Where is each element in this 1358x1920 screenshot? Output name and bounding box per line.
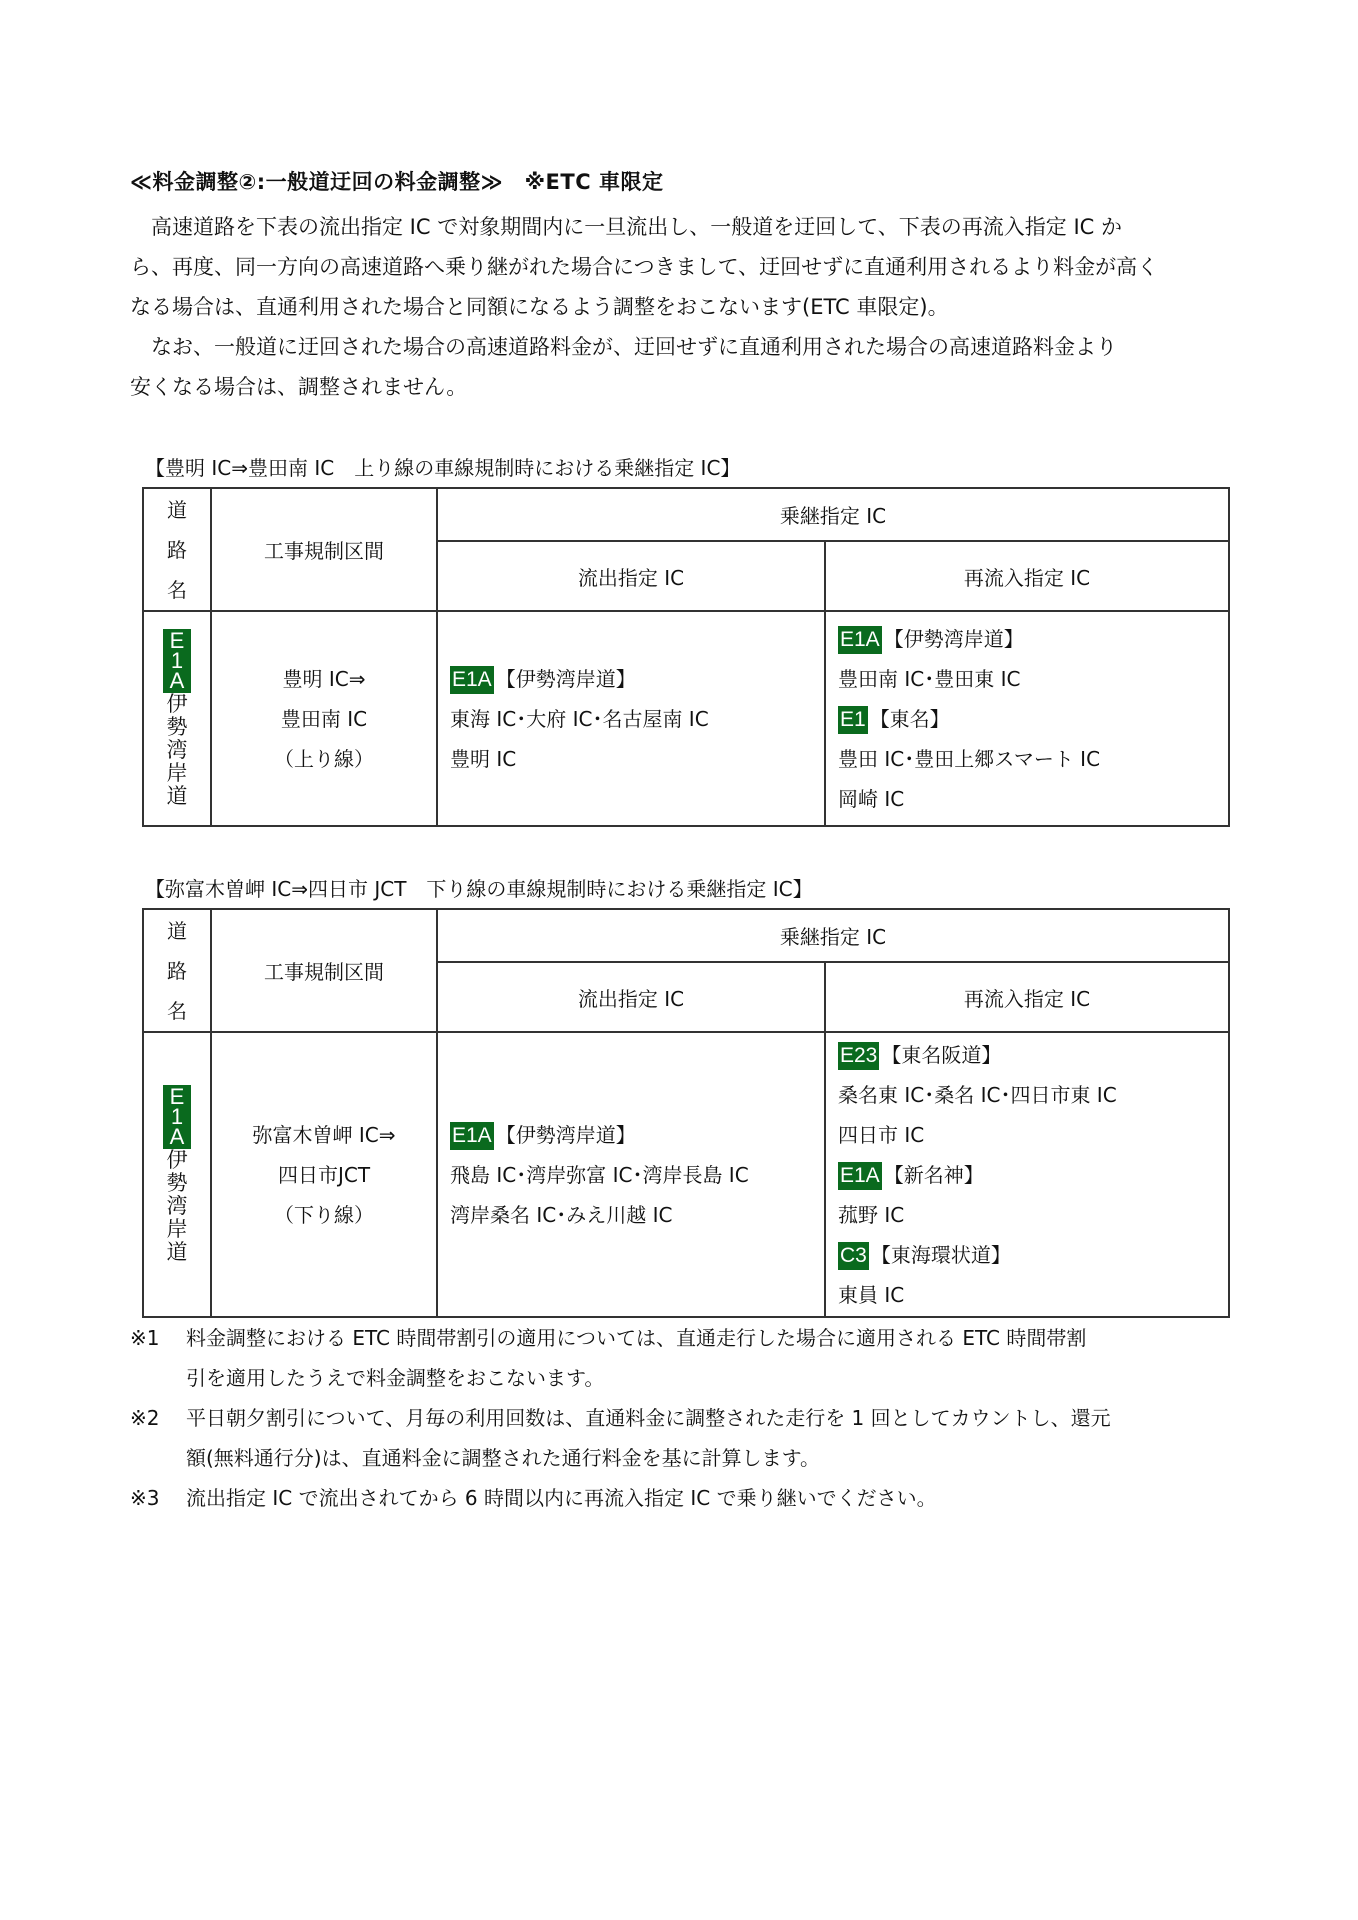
route-name: 【東名】 — [870, 707, 950, 731]
section-line: 豊明 IC⇒ — [212, 659, 436, 699]
note-mark: ※1 — [130, 1318, 186, 1358]
note-mark: ※3 — [130, 1478, 186, 1518]
note-text: 平日朝夕割引について、月毎の利用回数は、直通料金に調整された走行を 1 回として… — [186, 1398, 1111, 1438]
intro-line: ら、再度、同一方向の高速道路へ乗り継がれた場合につきまして、迂回せずに直通利用さ… — [130, 247, 1240, 287]
road-name-vertical: 伊 勢 湾 岸 道 — [167, 693, 188, 808]
road-char: 湾 — [167, 739, 188, 762]
ic-list: 飛島 IC･湾岸弥富 IC･湾岸長島 IC — [450, 1155, 824, 1195]
road-char: 伊 — [167, 1149, 188, 1172]
ic-list: 菰野 IC — [838, 1195, 1228, 1235]
route-heading: E1【東名】 — [838, 699, 1228, 739]
note-item: ※2 平日朝夕割引について、月毎の利用回数は、直通料金に調整された走行を 1 回… — [130, 1398, 1111, 1438]
route-heading: E1A【伊勢湾岸道】 — [450, 659, 824, 699]
route-heading: E23【東名阪道】 — [838, 1035, 1228, 1075]
road-name-vertical: 伊 勢 湾 岸 道 — [167, 1149, 188, 1264]
route-badge: C3 — [838, 1242, 869, 1270]
intro-line: なお、一般道に迂回された場合の高速道路料金が、迂回せずに直通利用された場合の高速… — [130, 327, 1240, 367]
ic-list: 桑名東 IC･桑名 IC･四日市東 IC — [838, 1075, 1228, 1115]
route-heading: C3【東海環状道】 — [838, 1235, 1228, 1275]
section-line: 豊田南 IC — [212, 699, 436, 739]
header-char: 道 — [144, 911, 210, 951]
badge-char: A — [170, 1127, 185, 1147]
road-char: 伊 — [167, 693, 188, 716]
section-title: ≪料金調整②:一般道迂回の料金調整≫ ※ETC 車限定 — [130, 166, 663, 196]
ic-list: 豊田 IC･豊田上郷スマート IC — [838, 739, 1228, 779]
route-heading: E1A【伊勢湾岸道】 — [450, 1115, 824, 1155]
intro-line: 高速道路を下表の流出指定 IC で対象期間内に一旦流出し、一般道を迂回して、下表… — [130, 207, 1240, 247]
note-mark: ※2 — [130, 1398, 186, 1438]
road-char: 勢 — [167, 716, 188, 739]
header-char: 路 — [144, 530, 210, 570]
section-line: 四日市JCT — [212, 1155, 436, 1195]
transfer-ic-table-1: 道 路 名 工事規制区間 乗継指定 IC 流出指定 IC 再流入指定 IC E … — [142, 487, 1230, 827]
road-char: 岸 — [167, 1218, 188, 1241]
section-cell: 弥富木曽岬 IC⇒ 四日市JCT （下り線） — [211, 1032, 437, 1317]
road-char: 道 — [167, 1241, 188, 1264]
exit-ic-cell: E1A【伊勢湾岸道】 飛島 IC･湾岸弥富 IC･湾岸長島 IC 湾岸桑名 IC… — [437, 1032, 825, 1317]
header-reentry-ic: 再流入指定 IC — [825, 541, 1229, 611]
note-item: ※3 流出指定 IC で流出されてから 6 時間以内に再流入指定 IC で乗り継… — [130, 1478, 1111, 1518]
route-name: 【東名阪道】 — [881, 1043, 1001, 1067]
ic-list: 豊明 IC — [450, 739, 824, 779]
road-name-cell: E 1 A 伊 勢 湾 岸 道 — [143, 1032, 211, 1317]
ic-list: 岡崎 IC — [838, 779, 1228, 819]
ic-list: 四日市 IC — [838, 1115, 1228, 1155]
ic-list: 東海 IC･大府 IC･名古屋南 IC — [450, 699, 824, 739]
road-char: 道 — [167, 785, 188, 808]
note-text: 料金調整における ETC 時間帯割引の適用については、直通走行した場合に適用され… — [186, 1318, 1086, 1358]
header-transfer-ic: 乗継指定 IC — [437, 488, 1229, 541]
header-char: 名 — [144, 570, 210, 610]
table-caption-1: 【豊明 IC⇒豊田南 IC 上り線の車線規制時における乗継指定 IC】 — [145, 452, 740, 481]
route-badge: E1A — [838, 626, 882, 654]
road-char: 湾 — [167, 1195, 188, 1218]
intro-line: なる場合は、直通利用された場合と同額になるよう調整をおこないます(ETC 車限定… — [130, 287, 1240, 327]
exit-ic-cell: E1A【伊勢湾岸道】 東海 IC･大府 IC･名古屋南 IC 豊明 IC — [437, 611, 825, 826]
intro-line: 安くなる場合は、調整されません。 — [130, 367, 1240, 407]
header-char: 路 — [144, 951, 210, 991]
note-text: 流出指定 IC で流出されてから 6 時間以内に再流入指定 IC で乗り継いでく… — [186, 1478, 937, 1518]
header-char: 名 — [144, 991, 210, 1031]
route-badge-vertical: E 1 A — [163, 1085, 191, 1149]
road-char: 勢 — [167, 1172, 188, 1195]
intro-paragraph: 高速道路を下表の流出指定 IC で対象期間内に一旦流出し、一般道を迂回して、下表… — [130, 207, 1240, 407]
road-char: 岸 — [167, 762, 188, 785]
route-badge-vertical: E 1 A — [163, 629, 191, 693]
route-heading: E1A【伊勢湾岸道】 — [838, 619, 1228, 659]
header-road-name: 道 路 名 — [143, 909, 211, 1032]
header-char: 道 — [144, 490, 210, 530]
route-name: 【伊勢湾岸道】 — [496, 1123, 636, 1147]
route-badge: E1A — [450, 666, 494, 694]
section-line: （上り線） — [212, 739, 436, 779]
route-badge: E1A — [450, 1122, 494, 1150]
table-caption-2: 【弥富木曽岬 IC⇒四日市 JCT 下り線の車線規制時における乗継指定 IC】 — [145, 873, 813, 902]
route-heading: E1A【新名神】 — [838, 1155, 1228, 1195]
badge-char: A — [170, 671, 185, 691]
route-name: 【東海環状道】 — [871, 1243, 1011, 1267]
route-badge: E23 — [838, 1042, 879, 1070]
route-badge: E1 — [838, 706, 868, 734]
ic-list: 豊田南 IC･豊田東 IC — [838, 659, 1228, 699]
reentry-ic-cell: E1A【伊勢湾岸道】 豊田南 IC･豊田東 IC E1【東名】 豊田 IC･豊田… — [825, 611, 1229, 826]
header-exit-ic: 流出指定 IC — [437, 541, 825, 611]
section-line: 弥富木曽岬 IC⇒ — [212, 1115, 436, 1155]
road-name-cell: E 1 A 伊 勢 湾 岸 道 — [143, 611, 211, 826]
section-line: （下り線） — [212, 1195, 436, 1235]
reentry-ic-cell: E23【東名阪道】 桑名東 IC･桑名 IC･四日市東 IC 四日市 IC E1… — [825, 1032, 1229, 1317]
ic-list: 湾岸桑名 IC･みえ川越 IC — [450, 1195, 824, 1235]
header-section: 工事規制区間 — [211, 488, 437, 611]
notes: ※1 料金調整における ETC 時間帯割引の適用については、直通走行した場合に適… — [130, 1318, 1111, 1518]
transfer-ic-table-2: 道 路 名 工事規制区間 乗継指定 IC 流出指定 IC 再流入指定 IC E … — [142, 908, 1230, 1318]
section-cell: 豊明 IC⇒ 豊田南 IC （上り線） — [211, 611, 437, 826]
route-name: 【新名神】 — [884, 1163, 984, 1187]
header-exit-ic: 流出指定 IC — [437, 962, 825, 1032]
note-text: 額(無料通行分)は、直通料金に調整された通行料金を基に計算します。 — [130, 1438, 1111, 1478]
header-section: 工事規制区間 — [211, 909, 437, 1032]
route-name: 【伊勢湾岸道】 — [884, 627, 1024, 651]
route-badge: E1A — [838, 1162, 882, 1190]
route-name: 【伊勢湾岸道】 — [496, 667, 636, 691]
ic-list: 東員 IC — [838, 1275, 1228, 1315]
header-road-name: 道 路 名 — [143, 488, 211, 611]
note-item: ※1 料金調整における ETC 時間帯割引の適用については、直通走行した場合に適… — [130, 1318, 1111, 1358]
header-transfer-ic: 乗継指定 IC — [437, 909, 1229, 962]
header-reentry-ic: 再流入指定 IC — [825, 962, 1229, 1032]
note-text: 引を適用したうえで料金調整をおこないます。 — [130, 1358, 1111, 1398]
